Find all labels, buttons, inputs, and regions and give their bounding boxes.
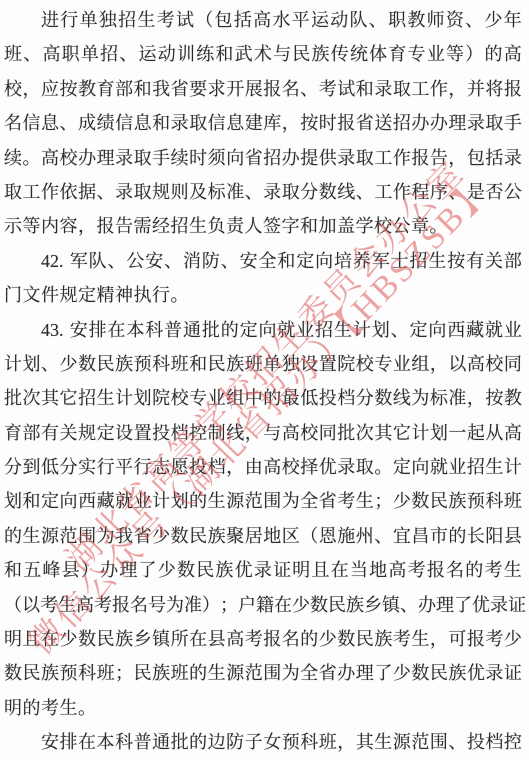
text-line: 示等内容，报告需经招生负责人签字和加盖学校公章。 bbox=[4, 209, 522, 243]
text-line: （以考生高考报名号为准）；户籍在少数民族乡镇、办理了优录证 bbox=[4, 588, 522, 622]
text-line: 批次其它招生计划院校专业组中的最低投档分数线为标准，按教 bbox=[4, 381, 522, 415]
text-line: 育部有关规定设置投档控制线，与高校同批次其它计划一起从高 bbox=[4, 416, 522, 450]
text-line: 进行单独招生考试（包括高水平运动队、职教师资、少年 bbox=[4, 3, 522, 37]
text-line: 班、高职单招、运动训练和武术与民族传统体育专业等）的高 bbox=[4, 37, 522, 71]
text-line: 明的考生。 bbox=[4, 691, 522, 725]
text-line: 分到低分实行平行志愿投档，由高校择优录取。定向就业招生计 bbox=[4, 450, 522, 484]
text-line: 校，应按教育部和我省要求开展报名、考试和录取工作，并将报 bbox=[4, 72, 522, 106]
text-line: 续。高校办理录取手续时须向省招办提供录取工作报告，包括录 bbox=[4, 141, 522, 175]
text-line: 计划、少数民族预科班和民族班单独设置院校专业组，以高校同 bbox=[4, 347, 522, 381]
text-line: 划和定向西藏就业计划的生源范围为全省考生；少数民族预科班 bbox=[4, 484, 522, 518]
text-line: 43. 安排在本科普通批的定向就业招生计划、定向西藏就业 bbox=[4, 313, 522, 347]
text-line: 门文件规定精神执行。 bbox=[4, 278, 522, 312]
document-body: 进行单独招生考试（包括高水平运动队、职教师资、少年班、高职单招、运动训练和武术与… bbox=[4, 3, 522, 760]
text-line: 的生源范围为我省少数民族聚居地区（恩施州、宜昌市的长阳县 bbox=[4, 519, 522, 553]
text-line: 取工作依据、录取规则及标准、录取分数线、工作程序、是否公 bbox=[4, 175, 522, 209]
text-line: 42. 军队、公安、消防、安全和定向培养军士招生按有关部 bbox=[4, 244, 522, 278]
text-line: 安排在本科普通批的边防子女预科班，其生源范围、投档控 bbox=[4, 725, 522, 759]
text-line: 数民族预科班；民族班的生源范围为全省办理了少数民族优录证 bbox=[4, 656, 522, 690]
scanned-document-page: 进行单独招生考试（包括高水平运动队、职教师资、少年班、高职单招、运动训练和武术与… bbox=[0, 0, 529, 760]
text-line: 明且在少数民族乡镇所在县高考报名的少数民族考生，可报考少 bbox=[4, 622, 522, 656]
text-line: 和五峰县）办理了少数民族优录证明且在当地高考报名的考生 bbox=[4, 553, 522, 587]
text-line: 名信息、成绩信息和录取信息建库，按时报省送招办办理录取手 bbox=[4, 106, 522, 140]
